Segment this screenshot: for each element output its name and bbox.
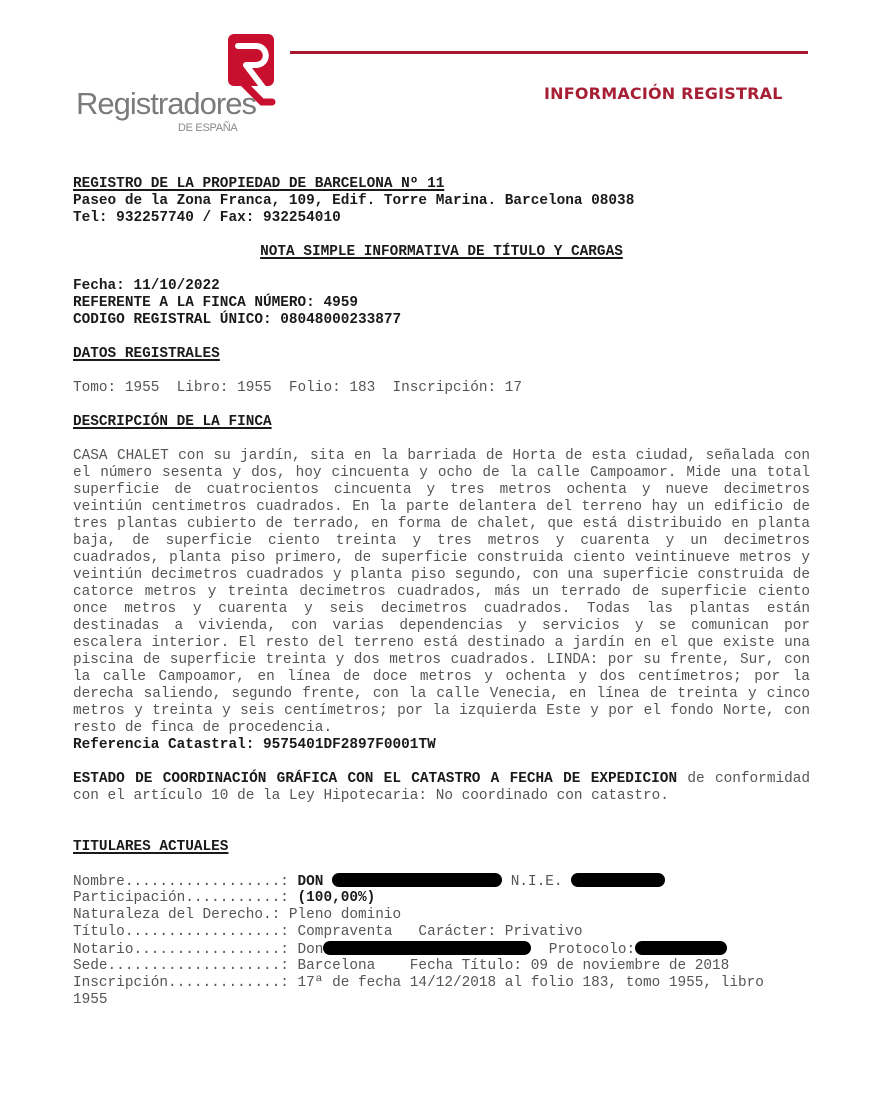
- referencia-value: 9575401DF2897F0001TW: [263, 737, 436, 753]
- redacted-notario: [323, 941, 531, 955]
- registry-contact: Tel: 932257740 / Fax: 932254010: [73, 210, 810, 227]
- nombre-label: Nombre..................:: [73, 874, 298, 890]
- document-body: REGISTRO DE LA PROPIEDAD DE BARCELONA Nº…: [73, 176, 810, 1009]
- participacion-label: Participación...........:: [73, 890, 298, 906]
- protocolo-label: Protocolo:: [549, 942, 635, 958]
- redacted-name: [332, 873, 502, 887]
- referencia-catastral: Referencia Catastral: 9575401DF2897F0001…: [73, 737, 810, 754]
- coordinacion-text: ESTADO DE COORDINACIÓN GRÁFICA CON EL CA…: [73, 771, 810, 805]
- sede-row: Sede....................: Barcelona Fech…: [73, 958, 810, 975]
- inscripcion-label: Inscripción.............:: [73, 975, 298, 991]
- inscripcion-cont-row: 1955: [73, 992, 810, 1009]
- redacted-protocolo: [635, 941, 727, 955]
- titulo-value: Compraventa Carácter: Privativo: [298, 924, 583, 940]
- naturaleza-row: Naturaleza del Derecho.: Pleno dominio: [73, 907, 810, 924]
- titulo-label: Título..................:: [73, 924, 298, 940]
- participacion-row: Participación...........: (100,00%): [73, 890, 810, 907]
- fecha: Fecha: 11/10/2022: [73, 278, 810, 295]
- referencia-label: Referencia Catastral:: [73, 737, 254, 753]
- sede-label: Sede....................:: [73, 958, 298, 974]
- datos-registrales-text: Tomo: 1955 Libro: 1955 Folio: 183 Inscri…: [73, 380, 810, 397]
- titulares-heading: TITULARES ACTUALES: [73, 839, 810, 856]
- document-title-row: NOTA SIMPLE INFORMATIVA DE TÍTULO Y CARG…: [73, 244, 810, 261]
- header-divider: [290, 51, 808, 54]
- descripcion-text: CASA CHALET con su jardín, sita en la ba…: [73, 448, 810, 737]
- redacted-nie: [571, 873, 665, 887]
- inscripcion-value: 17ª de fecha 14/12/2018 al folio 183, to…: [298, 975, 764, 991]
- participacion-value: (100,00%): [298, 890, 376, 906]
- logo-subtitle: DE ESPAÑA: [178, 122, 237, 134]
- coordinacion-label: ESTADO DE COORDINACIÓN GRÁFICA CON EL CA…: [73, 771, 677, 787]
- nombre-row: Nombre..................: DON N.I.E.: [73, 873, 810, 890]
- nie-label: N.I.E.: [511, 874, 563, 890]
- codigo-registral: CODIGO REGISTRAL ÚNICO: 08048000233877: [73, 312, 810, 329]
- notario-label: Notario.................:: [73, 942, 298, 958]
- titulo-row: Título..................: Compraventa Ca…: [73, 924, 810, 941]
- inscripcion-row: Inscripción.............: 17ª de fecha 1…: [73, 975, 810, 992]
- header-title: INFORMACIÓN REGISTRAL: [544, 84, 783, 103]
- notario-row: Notario.................: Don Protocolo:: [73, 941, 810, 958]
- logo-wordmark: Registradores: [76, 86, 256, 122]
- document-title: NOTA SIMPLE INFORMATIVA DE TÍTULO Y CARG…: [260, 244, 623, 260]
- naturaleza-value: Pleno dominio: [289, 907, 401, 923]
- document-page: Registradores DE ESPAÑA INFORMACIÓN REGI…: [0, 0, 885, 1104]
- registradores-logo: Registradores DE ESPAÑA: [76, 34, 286, 139]
- finca-numero: REFERENTE A LA FINCA NÚMERO: 4959: [73, 295, 810, 312]
- naturaleza-label: Naturaleza del Derecho.:: [73, 907, 289, 923]
- datos-registrales-heading: DATOS REGISTRALES: [73, 346, 810, 363]
- descripcion-heading: DESCRIPCIÓN DE LA FINCA: [73, 414, 810, 431]
- notario-prefix: Don: [298, 942, 324, 958]
- registry-address: Paseo de la Zona Franca, 109, Edif. Torr…: [73, 193, 810, 210]
- nombre-prefix: DON: [298, 874, 324, 890]
- sede-value: Barcelona Fecha Título: 09 de noviembre …: [298, 958, 730, 974]
- registry-name: REGISTRO DE LA PROPIEDAD DE BARCELONA Nº…: [73, 176, 810, 193]
- r-logo-icon: [228, 34, 274, 86]
